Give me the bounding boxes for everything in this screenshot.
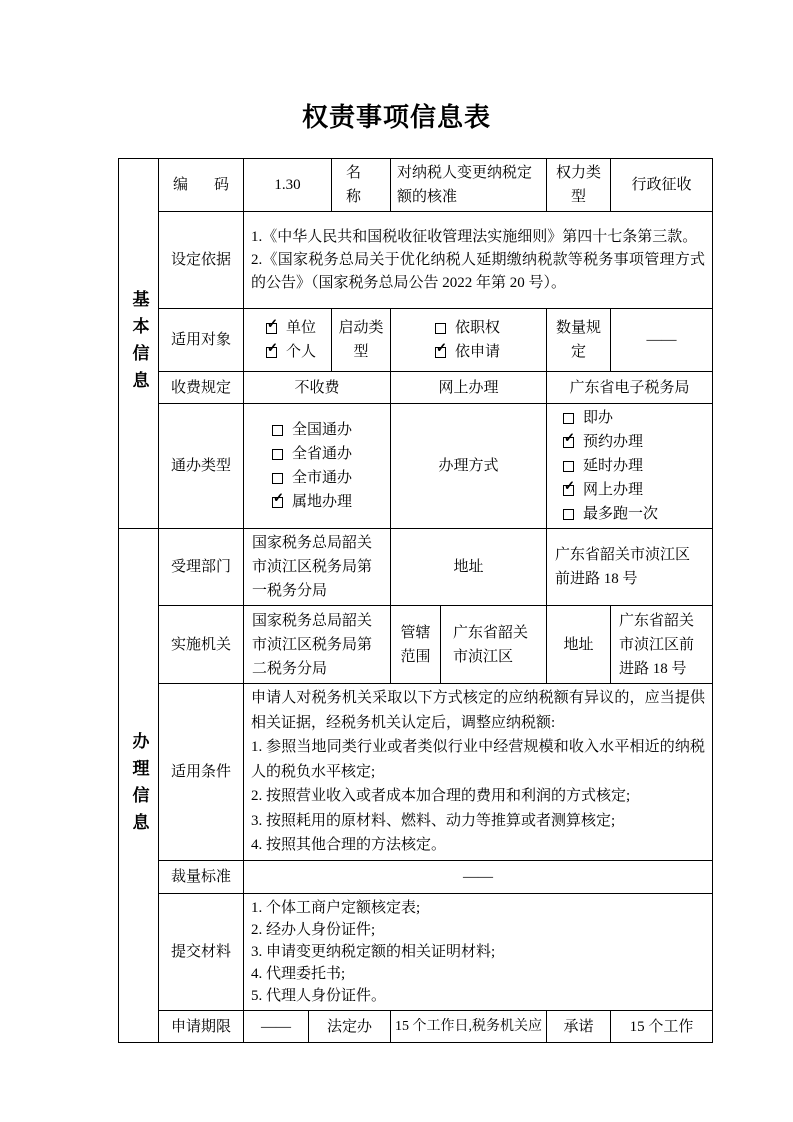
checkbox-label: 即办 <box>583 406 613 430</box>
statutory-value: 15 个工作日,税务机关应 <box>391 1011 547 1043</box>
quantity-label: 数量规定 <box>547 309 611 372</box>
checkbox-unit: 单位 <box>266 316 325 340</box>
code-label: 编 码 <box>159 159 244 212</box>
checkbox-label: 全国通办 <box>292 418 352 442</box>
promise-value: 15 个工作 <box>611 1011 713 1043</box>
discretion-value: —— <box>244 861 713 894</box>
conditions-item: 4. 按照其他合理的方法核定。 <box>251 833 705 858</box>
checkbox-label: 依职权 <box>455 316 500 340</box>
basis-item-2: 2.《国家税务总局关于优化纳税人延期缴纳税款等税务事项管理方式的公告》（国家税务… <box>251 249 705 295</box>
checkbox-icon <box>435 347 446 358</box>
quantity-value: —— <box>611 309 713 372</box>
checkbox-icon <box>563 509 574 520</box>
checkbox-icon <box>272 497 283 508</box>
checkbox-citywide: 全市通办 <box>272 466 384 490</box>
materials-item: 1. 个体工商户定额核定表; <box>251 897 705 919</box>
checkbox-label: 最多跑一次 <box>583 502 658 526</box>
online-value: 广东省电子税务局 <box>547 372 713 404</box>
materials-item: 3. 申请变更纳税定额的相关证明材料; <box>251 941 705 963</box>
basis-item-1: 1.《中华人民共和国税收征收管理法实施细则》第四十七条第三款。 <box>251 226 705 249</box>
checkbox-icon <box>563 485 574 496</box>
jurisdiction-label: 管辖范围 <box>391 606 441 684</box>
checkbox-individual: 个人 <box>266 340 325 364</box>
start-type-options: 依职权 依申请 <box>391 309 547 372</box>
checkbox-label: 属地办理 <box>292 490 352 514</box>
promise-label: 承诺 <box>547 1011 611 1043</box>
accepting-department: 国家税务总局韶关市浈江区税务局第一税务分局 <box>244 529 391 606</box>
conditions-item: 1. 参照当地同类行业或者类似行业中经营规模和收入水平相近的纳税人的税负水平核定… <box>251 735 705 784</box>
power-type-value: 行政征收 <box>611 159 713 212</box>
start-type-label: 启动类型 <box>332 309 391 372</box>
jurisdiction-value: 广东省韶关市浈江区 <box>441 606 547 684</box>
tongban-label: 通办类型 <box>159 404 244 529</box>
fee-value: 不收费 <box>244 372 391 404</box>
checkbox-icon <box>272 425 283 436</box>
document-page: 权责事项信息表 基本信息 编 码 1.30 名 称 对纳税人变更纳税定额的核准 … <box>0 0 793 1122</box>
conditions-item: 2. 按照营业收入或者成本加合理的费用和利润的方式核定; <box>251 784 705 809</box>
info-table: 基本信息 编 码 1.30 名 称 对纳税人变更纳税定额的核准 权力类型 行政征… <box>118 158 713 1043</box>
checkbox-label: 个人 <box>286 340 316 364</box>
tongban-options: 全国通办 全省通办 全市通办 属地办理 <box>244 404 391 529</box>
name-value: 对纳税人变更纳税定额的核准 <box>391 159 547 212</box>
checkbox-nationwide: 全国通办 <box>272 418 384 442</box>
checkbox-icon <box>563 437 574 448</box>
deadline-label: 申请期限 <box>159 1011 244 1043</box>
checkbox-label: 单位 <box>286 316 316 340</box>
conditions-label: 适用条件 <box>159 684 244 861</box>
checkbox-icon <box>266 347 277 358</box>
checkbox-label: 全市通办 <box>292 466 352 490</box>
implementing-department: 国家税务总局韶关市浈江区税务局第二税务分局 <box>244 606 391 684</box>
checkbox-one-trip: 最多跑一次 <box>563 502 706 526</box>
code-value: 1.30 <box>244 159 332 212</box>
conditions-intro: 申请人对税务机关采取以下方式核定的应纳税额有异议的，应当提供相关证据，经税务机关… <box>251 686 705 735</box>
materials-label: 提交材料 <box>159 894 244 1011</box>
checkbox-delayed: 延时办理 <box>563 454 706 478</box>
section-basic-info: 基本信息 <box>119 159 159 529</box>
implementing-address-label: 地址 <box>547 606 611 684</box>
checkbox-label: 全省通办 <box>292 442 352 466</box>
deadline-value: —— <box>244 1011 309 1043</box>
materials-item: 5. 代理人身份证件。 <box>251 985 705 1007</box>
checkbox-label: 网上办理 <box>583 478 643 502</box>
implementing-address: 广东省韶关市浈江区前进路 18 号 <box>611 606 713 684</box>
basis-text: 1.《中华人民共和国税收征收管理法实施细则》第四十七条第三款。 2.《国家税务总… <box>244 212 713 309</box>
checkbox-icon <box>272 449 283 460</box>
statutory-label: 法定办 <box>309 1011 391 1043</box>
checkbox-label: 预约办理 <box>583 430 643 454</box>
applicable-objects: 单位 个人 <box>244 309 332 372</box>
checkbox-online: 网上办理 <box>563 478 706 502</box>
materials-list: 1. 个体工商户定额核定表; 2. 经办人身份证件; 3. 申请变更纳税定额的相… <box>244 894 713 1011</box>
checkbox-territorial: 属地办理 <box>272 490 384 514</box>
fee-label: 收费规定 <box>159 372 244 404</box>
conditions-item: 3. 按照耗用的原材料、燃料、动力等推算或者测算核定; <box>251 809 705 834</box>
materials-item: 4. 代理委托书; <box>251 963 705 985</box>
checkbox-label: 延时办理 <box>583 454 643 478</box>
checkbox-icon <box>435 323 446 334</box>
basis-label: 设定依据 <box>159 212 244 309</box>
accepting-address-label: 地址 <box>391 529 547 606</box>
checkbox-ex-officio: 依职权 <box>435 316 540 340</box>
checkbox-icon <box>272 473 283 484</box>
section-handling-info: 办理信息 <box>119 529 159 1043</box>
checkbox-appointment: 预约办理 <box>563 430 706 454</box>
applicable-label: 适用对象 <box>159 309 244 372</box>
checkbox-label: 依申请 <box>455 340 500 364</box>
checkbox-provincewide: 全省通办 <box>272 442 384 466</box>
checkbox-icon <box>266 323 277 334</box>
method-options: 即办 预约办理 延时办理 网上办理 <box>547 404 713 529</box>
online-label: 网上办理 <box>391 372 547 404</box>
accepting-label: 受理部门 <box>159 529 244 606</box>
checkbox-immediate: 即办 <box>563 406 706 430</box>
page-title: 权责事项信息表 <box>0 97 793 134</box>
discretion-label: 裁量标准 <box>159 861 244 894</box>
checkbox-on-application: 依申请 <box>435 340 540 364</box>
materials-item: 2. 经办人身份证件; <box>251 919 705 941</box>
implementing-label: 实施机关 <box>159 606 244 684</box>
name-label: 名 称 <box>332 159 391 212</box>
method-label: 办理方式 <box>391 404 547 529</box>
checkbox-icon <box>563 461 574 472</box>
power-type-label: 权力类型 <box>547 159 611 212</box>
checkbox-icon <box>563 413 574 424</box>
conditions-text: 申请人对税务机关采取以下方式核定的应纳税额有异议的，应当提供相关证据，经税务机关… <box>244 684 713 861</box>
accepting-address: 广东省韶关市浈江区前进路 18 号 <box>547 529 713 606</box>
